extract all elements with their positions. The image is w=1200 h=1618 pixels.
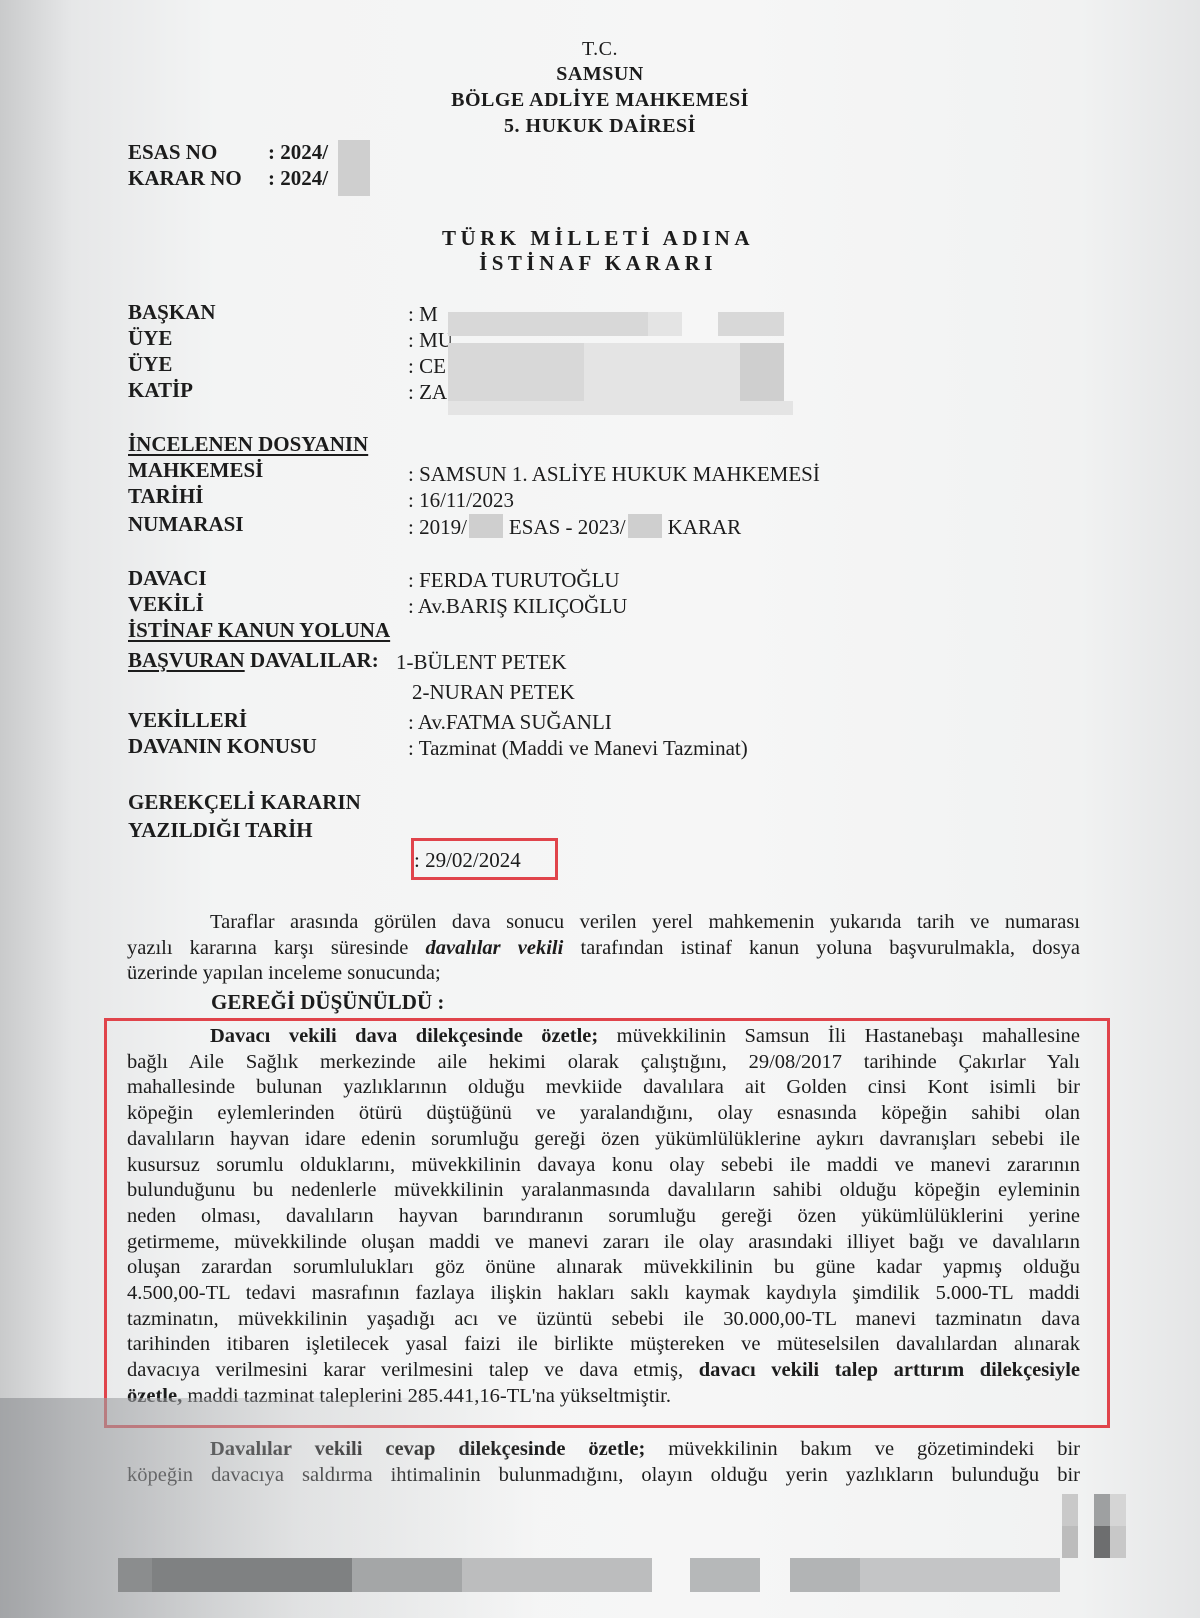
appellants-label: BAŞVURAN DAVALILAR: bbox=[128, 648, 379, 673]
panel-label-katip: KATİP bbox=[128, 378, 193, 403]
number-mid: ESAS - 2023/ bbox=[509, 515, 626, 539]
plaintiff-summary-line: köpeğin eylemlerinden ötürü düştüğünü ve… bbox=[127, 1101, 1080, 1127]
case-subject-value: : Tazminat (Maddi ve Manevi Tazminat) bbox=[408, 736, 748, 761]
plaintiff-summary-line: bulunduğunu bu nedenlerle müvekkilinin y… bbox=[127, 1178, 1080, 1204]
plaintiff-summary-line: mahallesinde bulunan yazlıklarının olduğ… bbox=[127, 1075, 1080, 1101]
appellants-label-underlined: BAŞVURAN bbox=[128, 648, 245, 672]
plaintiff-summary-line: getirmeme, müvekkilinde oluşan maddi ve … bbox=[127, 1230, 1080, 1256]
reviewed-file-heading: İNCELENEN DOSYANIN bbox=[128, 432, 368, 457]
defendant-summary-lead: Davalılar vekili cevap dilekçesinde özet… bbox=[210, 1438, 645, 1460]
reasoned-decision-label-1: GEREKÇELİ KARARIN bbox=[128, 790, 361, 815]
plaintiff-summary-lead: Davacı vekili dava dilekçesinde özetle; bbox=[210, 1025, 598, 1047]
plaintiff-summary: Davacı vekili dava dilekçesinde özetle; … bbox=[127, 1024, 1080, 1410]
defendant-summary-line-2: köpeğin davacıya saldırma ihtimalinin bu… bbox=[127, 1463, 1080, 1489]
defendant-2: 2-NURAN PETEK bbox=[412, 680, 575, 705]
plaintiff-summary-text: müvekkilinin Samsun İli Hastanebaşı maha… bbox=[598, 1025, 1080, 1047]
reasoned-decision-label-2: YAZILDIĞI TARİH bbox=[128, 818, 313, 843]
plaintiff-summary-line: bağlı Aile Sağlık merkezinde aile hekimi… bbox=[127, 1050, 1080, 1076]
redaction-karar-no bbox=[628, 514, 662, 538]
plaintiff-summary-text: davacıya verilmesini karar verilmesini t… bbox=[127, 1359, 683, 1381]
header-court: BÖLGE ADLİYE MAHKEMESİ bbox=[400, 89, 800, 112]
karar-no-value: : 2024/ bbox=[268, 166, 328, 191]
panel-label-baskan: BAŞKAN bbox=[128, 300, 216, 325]
reviewed-date-label: TARİHİ bbox=[128, 484, 203, 509]
intro-text-2: tarafından istinaf kanun yoluna başvurul… bbox=[563, 937, 1080, 959]
plaintiff-summary-line: neden olması, davalıların hayvan barındı… bbox=[127, 1204, 1080, 1230]
plaintiff-summary-line: tarihinden itibaren işletilecek yasal fa… bbox=[127, 1332, 1080, 1358]
plaintiff-summary-line-1: Davacı vekili dava dilekçesinde özetle; … bbox=[127, 1024, 1080, 1050]
plaintiff-label: DAVACI bbox=[128, 566, 207, 591]
intro-line-3: üzerinde yapılan inceleme sonucunda; bbox=[127, 961, 1080, 987]
intro-line-2: yazılı kararına karşı süresinde davalıla… bbox=[127, 936, 1080, 962]
plaintiff-summary-emphasis: özetle, bbox=[127, 1385, 182, 1407]
intro-paragraph: Taraflar arasında görülen dava sonucu ve… bbox=[127, 910, 1080, 987]
number-prefix: : 2019/ bbox=[408, 515, 467, 539]
intro-text: yazılı kararına karşı süresinde bbox=[127, 937, 425, 959]
defendant-attorneys-label: VEKİLLERİ bbox=[128, 708, 247, 733]
plaintiff-summary-emphasis: davacı vekili talep arttırım dilekçesiyl… bbox=[683, 1359, 1080, 1381]
plaintiff-attorney-label: VEKİLİ bbox=[128, 592, 204, 617]
reasoned-decision-date: : 29/02/2024 bbox=[414, 848, 521, 873]
intro-emphasis: davalılar vekili bbox=[425, 937, 563, 959]
title-line1: TÜRK MİLLETİ ADINA bbox=[388, 226, 808, 251]
defendant-attorneys-value: : Av.FATMA SUĞANLI bbox=[408, 710, 612, 735]
plaintiff-summary-line: tazminatın, müvekkilinin yaşadığı acı ve… bbox=[127, 1307, 1080, 1333]
reviewed-number-value: : 2019/ESAS - 2023/KARAR bbox=[408, 514, 741, 540]
plaintiff-summary-line-14: davacıya verilmesini karar verilmesini t… bbox=[127, 1358, 1080, 1384]
panel-value-katip: : ZA bbox=[408, 380, 447, 405]
karar-no-label: KARAR NO bbox=[128, 166, 242, 191]
redaction-esas-no bbox=[469, 514, 503, 538]
number-suffix: KARAR bbox=[668, 515, 742, 539]
header-city: SAMSUN bbox=[400, 63, 800, 86]
plaintiff-value: : FERDA TURUTOĞLU bbox=[408, 568, 620, 593]
conclusion-heading: GEREĞİ DÜŞÜNÜLDÜ : bbox=[211, 990, 444, 1015]
defendant-1: 1-BÜLENT PETEK bbox=[396, 650, 567, 675]
redaction-case-numbers bbox=[338, 140, 370, 196]
panel-label-uye-2: ÜYE bbox=[128, 352, 172, 377]
defendant-summary-line-1: Davalılar vekili cevap dilekçesinde özet… bbox=[127, 1437, 1080, 1463]
header-chamber: 5. HUKUK DAİRESİ bbox=[400, 115, 800, 138]
title-line2: İSTİNAF KARARI bbox=[388, 251, 808, 276]
plaintiff-summary-line-15: özetle, maddi tazminat taleplerini 285.4… bbox=[127, 1384, 1080, 1410]
plaintiff-summary-line: oluşan zarardan sorumlulukları göz önüne… bbox=[127, 1255, 1080, 1281]
panel-label-uye-1: ÜYE bbox=[128, 326, 172, 351]
panel-value-uye-2: : CE bbox=[408, 354, 446, 379]
plaintiff-summary-line: 4.500,00-TL tedavi masrafının fazlaya il… bbox=[127, 1281, 1080, 1307]
defendant-summary: Davalılar vekili cevap dilekçesinde özet… bbox=[127, 1437, 1080, 1488]
plaintiff-attorney-value: : Av.BARIŞ KILIÇOĞLU bbox=[408, 594, 627, 619]
plaintiff-summary-line: davalıların hayvan idare edenin sorumluğ… bbox=[127, 1127, 1080, 1153]
plaintiff-summary-text: maddi tazminat taleplerini 285.441,16-TL… bbox=[182, 1385, 671, 1407]
plaintiff-summary-line: kusursuz sorumlu olduklarını, müvekkilin… bbox=[127, 1153, 1080, 1179]
reviewed-date-value: : 16/11/2023 bbox=[408, 488, 514, 513]
appellants-label-rest: DAVALILAR: bbox=[245, 648, 379, 672]
case-subject-label: DAVANIN KONUSU bbox=[128, 734, 317, 759]
defendant-summary-text: müvekkilinin bakım ve gözetimindeki bir bbox=[645, 1438, 1080, 1460]
reviewed-court-value: : SAMSUN 1. ASLİYE HUKUK MAHKEMESİ bbox=[408, 462, 820, 487]
intro-line-1: Taraflar arasında görülen dava sonucu ve… bbox=[127, 910, 1080, 936]
header-tc: T.C. bbox=[400, 38, 800, 61]
appeal-heading: İSTİNAF KANUN YOLUNA bbox=[128, 618, 390, 643]
esas-no-label: ESAS NO bbox=[128, 140, 217, 165]
esas-no-value: : 2024/ bbox=[268, 140, 328, 165]
panel-value-baskan: : M bbox=[408, 302, 438, 327]
panel-value-uye-1: : MU bbox=[408, 328, 453, 353]
reviewed-number-label: NUMARASI bbox=[128, 512, 244, 537]
reviewed-court-label: MAHKEMESİ bbox=[128, 458, 263, 483]
